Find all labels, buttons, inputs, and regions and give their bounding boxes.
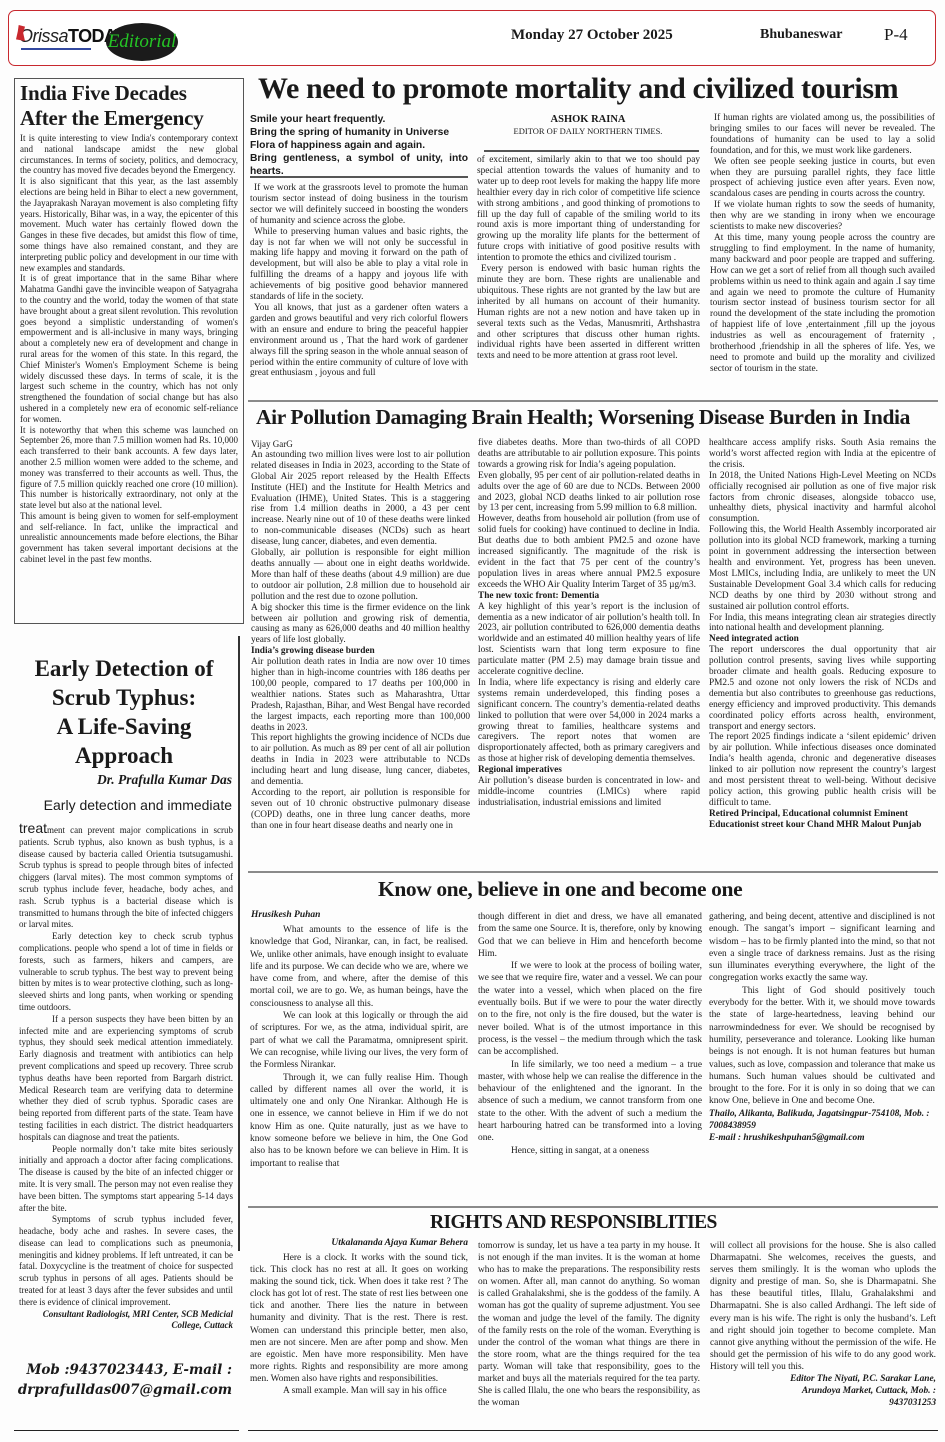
- section-divider: [248, 1206, 938, 1208]
- rights-author: Utkalananda Ajaya Kumar Behera: [250, 1238, 468, 1248]
- divider: [250, 176, 468, 178]
- paragraph: A big shocker this time is the firmer ev…: [251, 603, 470, 647]
- know-email-link[interactable]: E-mail : hrushikeshpuhan5@gmail.com: [709, 1132, 935, 1144]
- paragraph: five diabetes deaths. More than two-thir…: [478, 438, 700, 471]
- scrub-dropword: treat: [19, 820, 47, 836]
- air-col1: Vijay GarG An astounding two million liv…: [251, 439, 470, 832]
- know-address: Thailo, Alikanta, Balikuda, Jagatsingpur…: [709, 1108, 935, 1133]
- paragraph: Air pollution’s disease burden is concen…: [478, 776, 700, 809]
- page-number: P-4: [884, 25, 908, 45]
- paragraph: This report highlights the growing incid…: [251, 733, 470, 788]
- paragraph: The report underscores the dual opportun…: [709, 645, 936, 732]
- scrub-author: Dr. Prafulla Kumar Das: [14, 772, 232, 788]
- issue-date-text: Monday 27 October 2025: [511, 27, 673, 44]
- air-col3: healthcare access amplify risks. South A…: [709, 438, 936, 831]
- section-divider: [248, 400, 938, 402]
- rights-col1: Here is a clock. It works with the sound…: [250, 1252, 468, 1397]
- subheading: Regional imperatives: [478, 765, 700, 776]
- paragraph: healthcare access amplify risks. South A…: [709, 438, 936, 471]
- headline-scrub-typhus: Early Detection of Scrub Typhus: A Life-…: [14, 654, 234, 770]
- air-col2: five diabetes deaths. More than two-thir…: [478, 438, 700, 809]
- divider: [484, 150, 699, 152]
- scrub-body: treatment can prevent major complication…: [19, 823, 233, 1332]
- issue-city-text: Bhubaneswar: [760, 27, 842, 43]
- article-body: It is quite interesting to view India's …: [15, 130, 243, 565]
- scrub-lead: Early detection and immediate: [14, 797, 232, 813]
- tourism-poem: Smile your heart frequently. Bring the s…: [250, 113, 468, 178]
- headline-tourism: We need to promote mortality and civiliz…: [258, 72, 898, 106]
- paragraph: Even globally, 95 per cent of air pollut…: [478, 471, 700, 515]
- know-col3: gathering, and being decent, attentive a…: [709, 911, 935, 1145]
- tourism-col2: of excitement, similarly akin to that we…: [477, 155, 700, 362]
- know-col1: What amounts to the essence of life is t…: [250, 924, 468, 1170]
- rights-credit: Editor The Niyati, P.C. Sarakar Lane,Aru…: [710, 1373, 936, 1409]
- know-author: Hrusikesh Puhan: [251, 910, 320, 920]
- section-divider: [248, 871, 938, 873]
- subheading: Need integrated action: [709, 634, 936, 645]
- divider: [14, 1430, 239, 1431]
- paragraph: The report 2025 findings indicate a ‘sil…: [709, 732, 936, 808]
- paragraph: Air pollution death rates in India are n…: [251, 657, 470, 733]
- paragraph: However, deaths from household air pollu…: [478, 514, 700, 590]
- rights-col3: will collect all provisions for the hous…: [710, 1240, 936, 1409]
- paragraph: A key highlight of this year’s report is…: [478, 602, 700, 678]
- headline-know-one: Know one, believe in one and become one: [378, 877, 742, 902]
- tourism-author-name: ASHOK RAINA: [478, 114, 698, 125]
- headline-rights: RIGHTS AND RESPONSIBLITIES: [430, 1212, 717, 1234]
- tourism-col1: If we work at the grassroots level to pr…: [250, 183, 468, 379]
- air-byline: Vijay GarG: [251, 439, 470, 450]
- scrub-email-link[interactable]: drprafulldas007@gmail.com: [14, 1380, 232, 1400]
- article-title-line2: After the Emergency: [15, 106, 243, 130]
- paragraph: According to the report, air pollution i…: [251, 788, 470, 832]
- article-title-line1: India Five Decades: [15, 81, 243, 105]
- article-india-five-decades: India Five Decades After the Emergency I…: [14, 78, 244, 624]
- paragraph: Following this, the World Health Assembl…: [709, 525, 936, 612]
- subheading: India’s growing disease burden: [251, 646, 470, 657]
- tourism-author-title: EDITOR OF DAILY NORTHERN TIMES.: [478, 126, 698, 136]
- divider: [248, 1430, 938, 1431]
- scrub-credit: Consultant Radiologist, MRI Center, SCB …: [19, 1309, 233, 1333]
- paragraph: In India, where life expectancy is risin…: [478, 678, 700, 765]
- know-col2: though different in diet and dress, we h…: [478, 911, 702, 1157]
- scrub-contact: Mob :9437023443, E-mail : drprafulldas00…: [14, 1360, 232, 1400]
- paragraph: Globally, air pollution is responsible f…: [251, 548, 470, 603]
- rights-col2: tomorrow is sunday, let us have a tea pa…: [478, 1240, 700, 1409]
- logo-underline: [21, 48, 91, 50]
- section-badge: Editorial: [106, 23, 178, 61]
- subheading: The new toxic front: Dementia: [478, 591, 700, 602]
- paragraph: For India, this means integrating clean …: [709, 613, 936, 635]
- paragraph: In 2018, the United Nations High-Level M…: [709, 471, 936, 526]
- paragraph: An astounding two million lives were los…: [251, 450, 470, 548]
- subheading: Retired Principal, Educational columnist…: [709, 809, 936, 831]
- tourism-col3: If human rights are violated among us, t…: [710, 113, 935, 375]
- headline-air-pollution: Air Pollution Damaging Brain Health; Wor…: [256, 405, 910, 430]
- column-rule: [238, 636, 240, 1251]
